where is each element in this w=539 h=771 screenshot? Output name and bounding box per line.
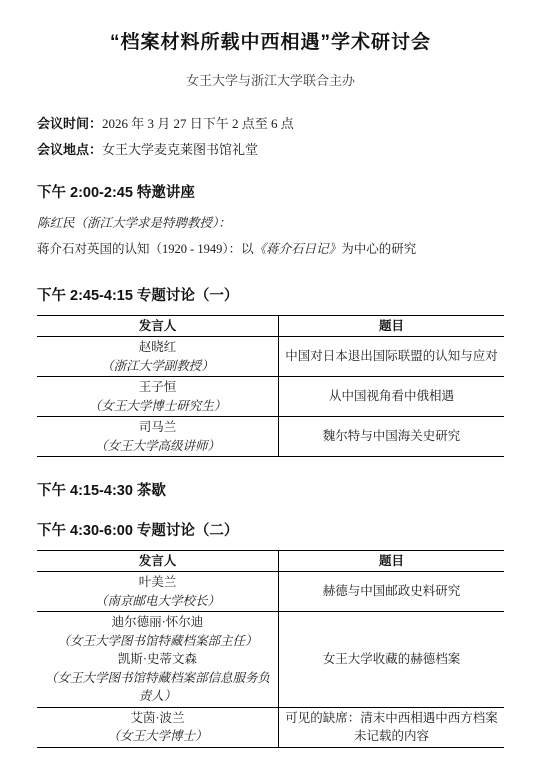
meeting-time-line: 会议时间：2026 年 3 月 27 日下午 2 点至 6 点 bbox=[37, 111, 504, 137]
meta-block: 会议时间：2026 年 3 月 27 日下午 2 点至 6 点 会议地点：女王大… bbox=[37, 111, 504, 163]
speaker-affiliation: （南京邮电大学校长） bbox=[43, 592, 272, 611]
speaker-affiliation: （浙江大学副教授） bbox=[43, 357, 272, 376]
meeting-time-label: 会议时间： bbox=[37, 116, 102, 131]
topic-cell: 女王大学收藏的赫德档案 bbox=[278, 612, 504, 708]
speaker-cell: 艾茵·波兰 （女王大学博士） bbox=[37, 707, 278, 747]
speaker-name: 赵晓红 bbox=[43, 338, 272, 357]
table-row: 迪尔德丽·怀尔迪 （女王大学图书馆特藏档案部主任） 凯斯·史蒂文森 （女王大学图… bbox=[37, 612, 504, 708]
speaker-cell: 赵晓红 （浙江大学副教授） bbox=[37, 337, 278, 377]
meeting-venue-line: 会议地点：女王大学麦克莱图书馆礼堂 bbox=[37, 137, 504, 163]
subtitle: 女王大学与浙江大学联合主办 bbox=[37, 72, 504, 89]
section-heading-panel2: 下午 4:30-6:00 专题讨论（二） bbox=[37, 523, 504, 540]
panel1-header-row: 发言人 题目 bbox=[37, 316, 504, 337]
speaker-name: 艾茵·波兰 bbox=[43, 709, 272, 728]
speaker-name: 司马兰 bbox=[43, 418, 272, 437]
topic-cell: 魏尔特与中国海关史研究 bbox=[278, 417, 504, 457]
column-header-speaker: 发言人 bbox=[37, 551, 278, 572]
table-row: 叶美兰 （南京邮电大学校长） 赫德与中国邮政史料研究 bbox=[37, 572, 504, 612]
speaker-affiliation: （女王大学高级讲师） bbox=[43, 437, 272, 456]
table-row: 艾茵·波兰 （女王大学博士） 可见的缺席：清末中西相遇中西方档案未记载的内容 bbox=[37, 707, 504, 747]
section-heading-panel1: 下午 2:45-4:15 专题讨论（一） bbox=[37, 288, 504, 305]
speaker-name: 王子恒 bbox=[43, 378, 272, 397]
column-header-topic: 题目 bbox=[278, 551, 504, 572]
speaker-name: 叶美兰 bbox=[43, 573, 272, 592]
page-title: “档案材料所载中西相遇”学术研讨会 bbox=[37, 30, 504, 56]
table-row: 王子恒 （女王大学博士研究生） 从中国视角看中俄相遇 bbox=[37, 377, 504, 417]
panel1-table: 发言人 题目 赵晓红 （浙江大学副教授） 中国对日本退出国际联盟的认知与应对 王… bbox=[37, 315, 504, 457]
meeting-venue-label: 会议地点： bbox=[37, 142, 102, 157]
keynote-topic-prefix: 蒋介石对英国的认知（1920 - 1949）：以 bbox=[37, 242, 254, 256]
topic-cell: 从中国视角看中俄相遇 bbox=[278, 377, 504, 417]
speaker-name-second: 凯斯·史蒂文森 bbox=[43, 650, 272, 669]
speaker-cell: 王子恒 （女王大学博士研究生） bbox=[37, 377, 278, 417]
topic-cell: 可见的缺席：清末中西相遇中西方档案未记载的内容 bbox=[278, 707, 504, 747]
panel2-header-row: 发言人 题目 bbox=[37, 551, 504, 572]
column-header-topic: 题目 bbox=[278, 316, 504, 337]
table-row: 司马兰 （女王大学高级讲师） 魏尔特与中国海关史研究 bbox=[37, 417, 504, 457]
panel2-table: 发言人 题目 叶美兰 （南京邮电大学校长） 赫德与中国邮政史料研究 迪尔德丽·怀… bbox=[37, 550, 504, 748]
keynote-speaker-line: 陈红民（浙江大学求是特聘教授）： bbox=[37, 215, 504, 232]
keynote-topic-book-title: 《蒋介石日记》 bbox=[254, 242, 342, 256]
topic-cell: 赫德与中国邮政史料研究 bbox=[278, 572, 504, 612]
keynote-topic-suffix: 为中心的研究 bbox=[341, 242, 416, 256]
topic-cell: 中国对日本退出国际联盟的认知与应对 bbox=[278, 337, 504, 377]
section-heading-tea-break: 下午 4:15-4:30 茶歇 bbox=[37, 483, 504, 500]
meeting-venue-value: 女王大学麦克莱图书馆礼堂 bbox=[102, 142, 258, 157]
section-heading-keynote: 下午 2:00-2:45 特邀讲座 bbox=[37, 185, 504, 202]
conference-program-page: “档案材料所载中西相遇”学术研讨会 女王大学与浙江大学联合主办 会议时间：202… bbox=[0, 0, 539, 771]
speaker-affiliation-second: （女王大学图书馆特藏档案部信息服务负责人） bbox=[43, 669, 272, 706]
column-header-speaker: 发言人 bbox=[37, 316, 278, 337]
table-row: 赵晓红 （浙江大学副教授） 中国对日本退出国际联盟的认知与应对 bbox=[37, 337, 504, 377]
speaker-affiliation: （女王大学图书馆特藏档案部主任） bbox=[43, 632, 272, 651]
speaker-cell: 司马兰 （女王大学高级讲师） bbox=[37, 417, 278, 457]
keynote-topic-line: 蒋介石对英国的认知（1920 - 1949）：以《蒋介石日记》为中心的研究 bbox=[37, 241, 504, 258]
speaker-cell: 叶美兰 （南京邮电大学校长） bbox=[37, 572, 278, 612]
speaker-affiliation: （女王大学博士） bbox=[43, 727, 272, 746]
speaker-cell: 迪尔德丽·怀尔迪 （女王大学图书馆特藏档案部主任） 凯斯·史蒂文森 （女王大学图… bbox=[37, 612, 278, 708]
meeting-time-value: 2026 年 3 月 27 日下午 2 点至 6 点 bbox=[102, 116, 294, 131]
speaker-affiliation: （女王大学博士研究生） bbox=[43, 397, 272, 416]
speaker-name: 迪尔德丽·怀尔迪 bbox=[43, 613, 272, 632]
